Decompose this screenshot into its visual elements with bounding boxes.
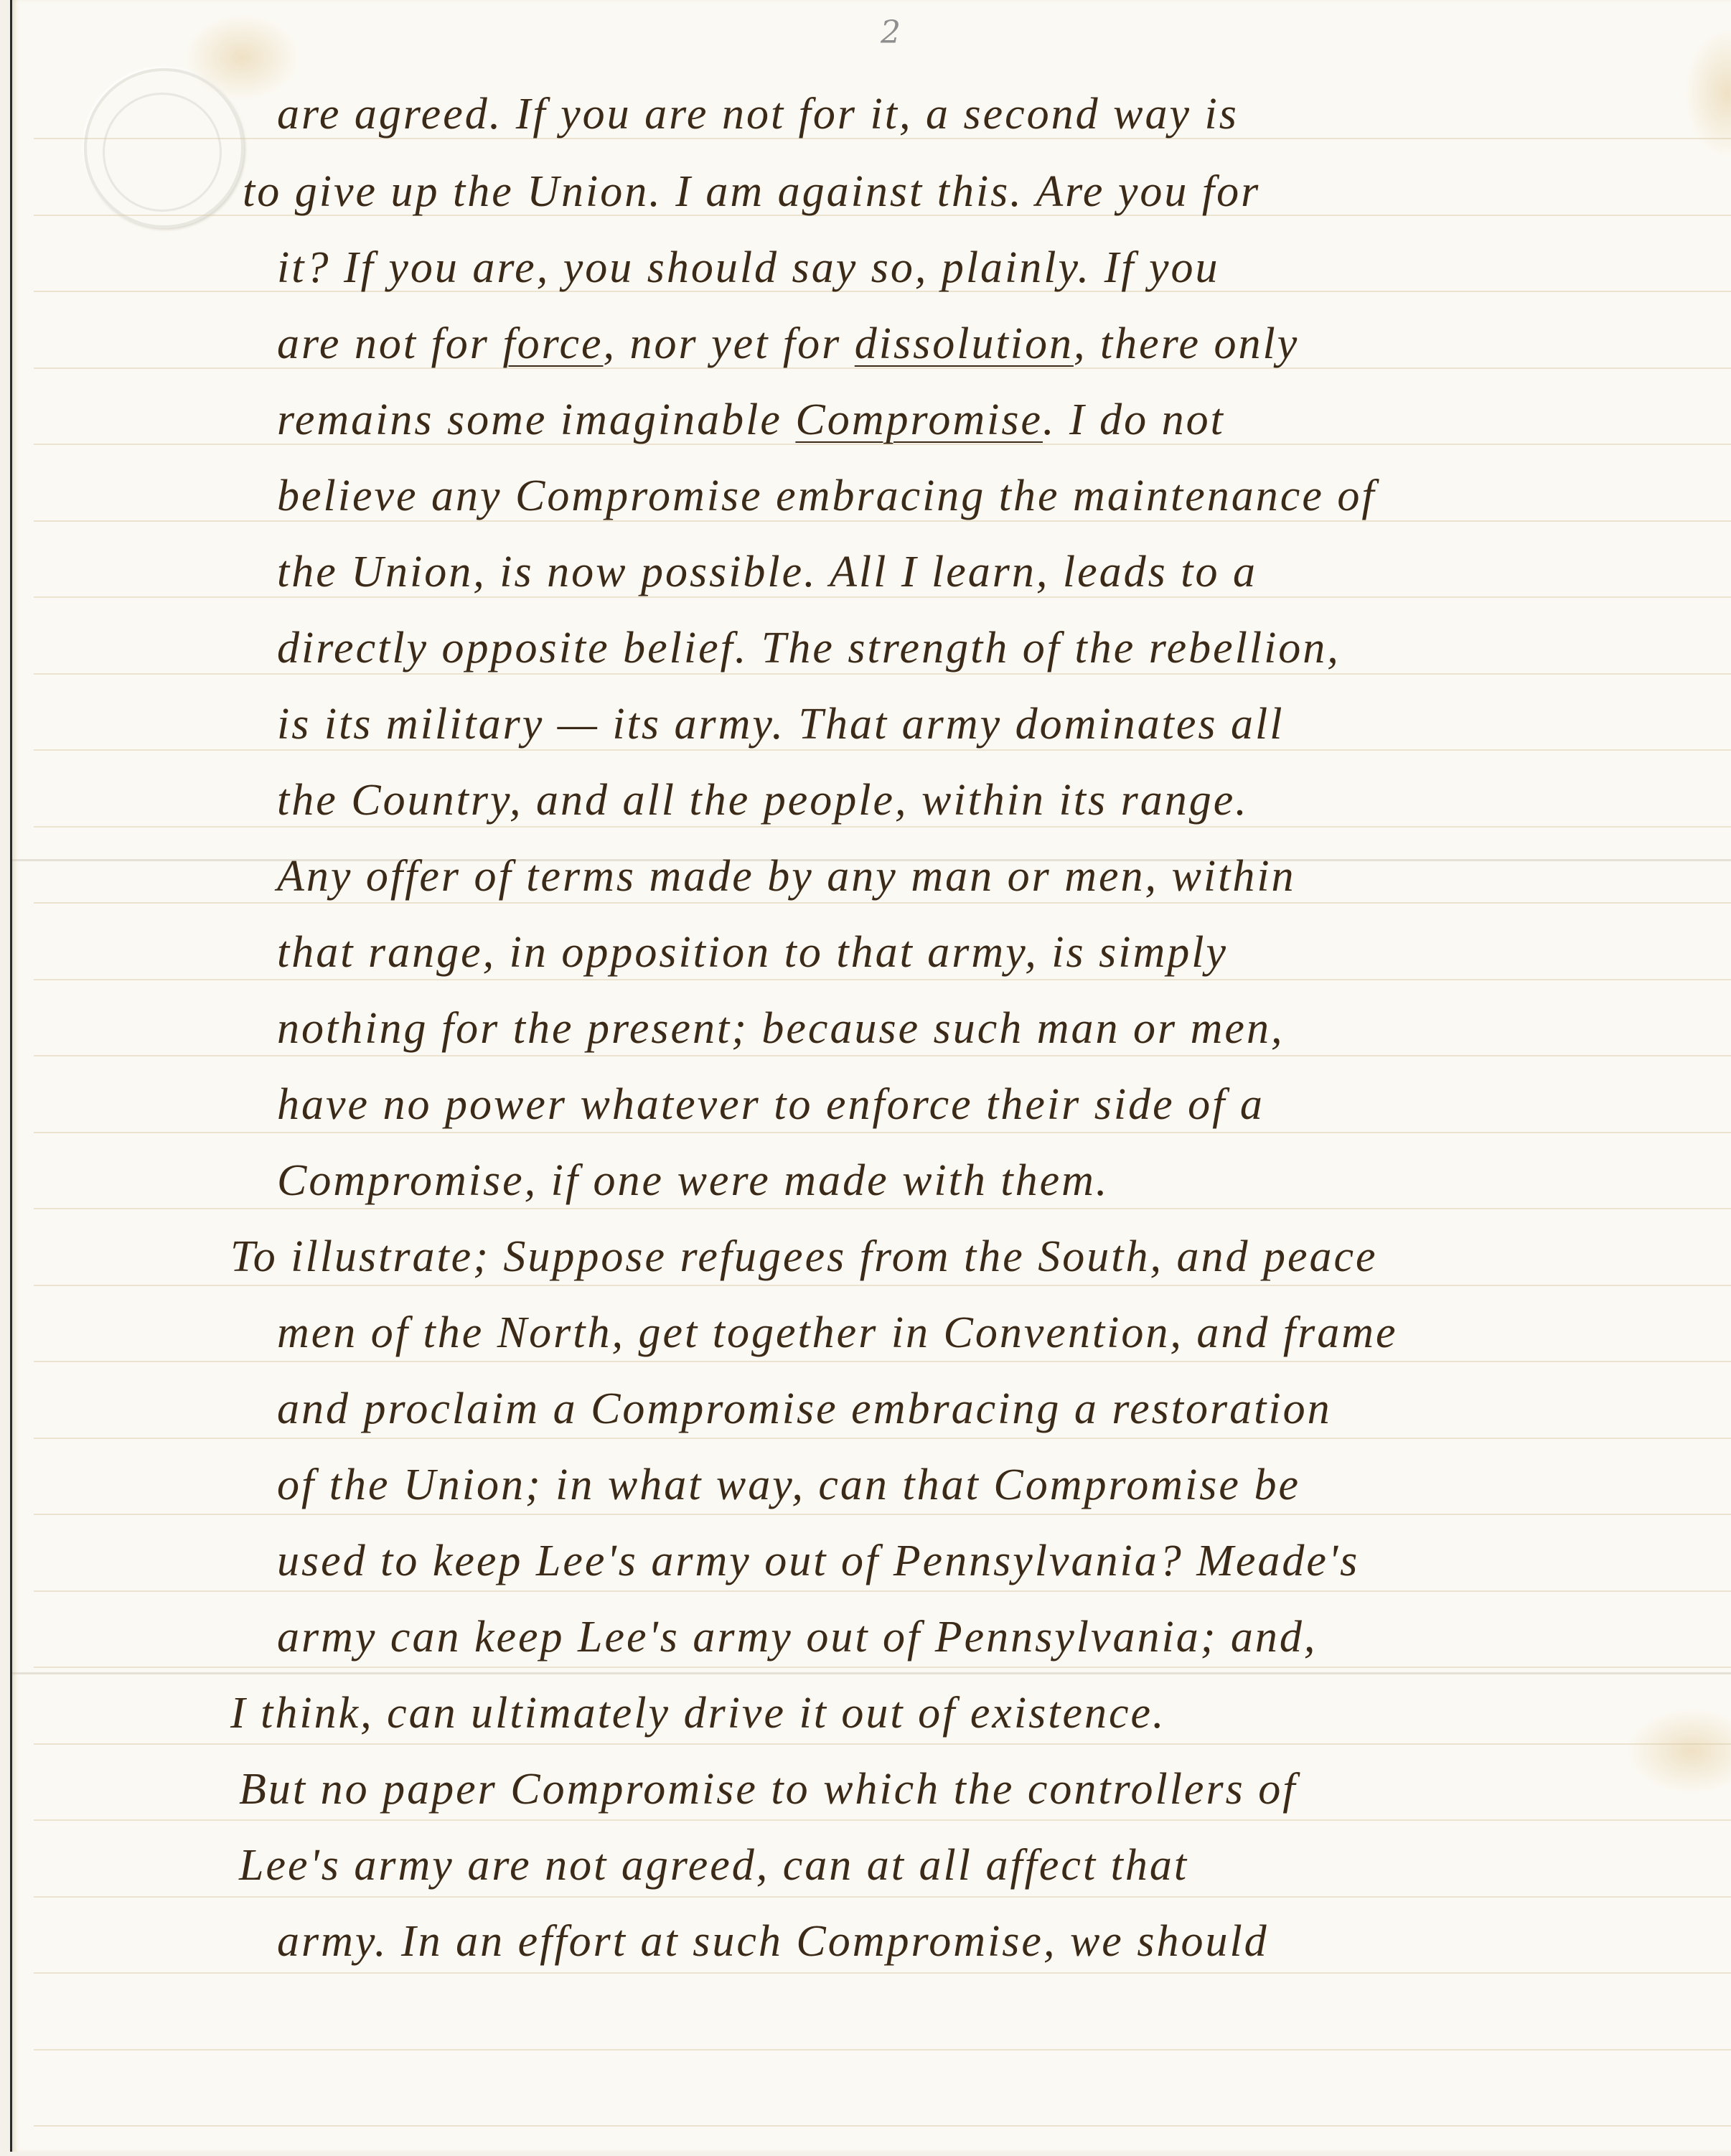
fold-crease <box>12 1672 1731 1674</box>
ruled-line <box>34 1361 1731 1362</box>
text-line: and proclaim a Compromise embracing a re… <box>277 1387 1332 1431</box>
text-span: it? If you are, you should say so, plain… <box>277 243 1220 292</box>
ruled-line <box>34 1438 1731 1439</box>
text-span: army. In an effort at such Compromise, w… <box>277 1917 1269 1966</box>
text-span: to give up the Union. I am against this.… <box>243 167 1260 216</box>
text-span: remains some imaginable <box>277 395 795 444</box>
text-line: used to keep Lee's army out of Pennsylva… <box>277 1539 1359 1583</box>
text-span: is its military — its army. That army do… <box>277 700 1284 749</box>
text-span: used to keep Lee's army out of Pennsylva… <box>277 1537 1359 1585</box>
text-span: of the Union; in what way, can that Comp… <box>277 1461 1300 1509</box>
text-span: nothing for the present; because such ma… <box>277 1004 1284 1053</box>
ruled-line <box>34 596 1731 598</box>
letter-page: 2 are agreed. If you are not for it, a s… <box>10 0 1731 2152</box>
text-line: the Country, and all the people, within … <box>277 778 1249 822</box>
ruled-line <box>34 749 1731 751</box>
text-line: Compromise, if one were made with them. <box>277 1158 1109 1203</box>
text-span: men of the North, get together in Conven… <box>277 1308 1398 1357</box>
ruled-line <box>34 2049 1731 2050</box>
ruled-line <box>34 1667 1731 1668</box>
text-line: army. In an effort at such Compromise, w… <box>277 1919 1269 1964</box>
ruled-line <box>34 520 1731 522</box>
text-span: believe any Compromise embracing the mai… <box>277 472 1376 520</box>
text-line: that range, in opposition to that army, … <box>277 930 1228 975</box>
text-span: Lee's army are not agreed, can at all af… <box>239 1841 1188 1890</box>
text-line: army can keep Lee's army out of Pennsylv… <box>277 1615 1317 1659</box>
text-span: and proclaim a Compromise embracing a re… <box>277 1384 1332 1433</box>
ruled-line <box>34 902 1731 904</box>
text-span: Compromise, if one were made with them. <box>277 1156 1109 1205</box>
underlined-word: dissolution <box>855 319 1074 368</box>
text-line: are not for force, nor yet for dissoluti… <box>277 322 1299 366</box>
ruled-line <box>34 2125 1731 2127</box>
text-span: directly opposite belief. The strength o… <box>277 624 1341 672</box>
text-span: the Country, and all the people, within … <box>277 776 1249 825</box>
text-span: have no power whatever to enforce their … <box>277 1080 1265 1129</box>
text-line: I think, can ultimately drive it out of … <box>230 1691 1166 1735</box>
ruled-line <box>34 979 1731 980</box>
text-line: directly opposite belief. The strength o… <box>277 626 1341 670</box>
text-line: Any offer of terms made by any man or me… <box>277 854 1296 899</box>
text-line: men of the North, get together in Conven… <box>277 1311 1398 1355</box>
ruled-line <box>34 1896 1731 1898</box>
text-span: , there only <box>1074 319 1299 368</box>
text-span: . I do not <box>1043 395 1225 444</box>
text-span: the Union, is now possible. All I learn,… <box>277 548 1257 596</box>
text-span: To illustrate; Suppose refugees from the… <box>230 1232 1378 1281</box>
embossed-seal-icon <box>84 68 244 228</box>
text-line: of the Union; in what way, can that Comp… <box>277 1463 1300 1507</box>
underlined-word: force <box>502 319 603 368</box>
text-span: , nor yet for <box>604 319 855 368</box>
text-line: But no paper Compromise to which the con… <box>239 1767 1297 1811</box>
page-number: 2 <box>881 14 901 51</box>
ruled-line <box>34 1590 1731 1592</box>
ruled-line <box>34 1132 1731 1133</box>
text-line: it? If you are, you should say so, plain… <box>277 245 1220 290</box>
text-span: But no paper Compromise to which the con… <box>239 1765 1297 1814</box>
ruled-line <box>34 1055 1731 1056</box>
text-line: believe any Compromise embracing the mai… <box>277 474 1376 518</box>
text-line: the Union, is now possible. All I learn,… <box>277 550 1257 594</box>
text-line: have no power whatever to enforce their … <box>277 1082 1265 1127</box>
text-line: to give up the Union. I am against this.… <box>243 169 1260 214</box>
ruled-line <box>34 1208 1731 1209</box>
text-span: Any offer of terms made by any man or me… <box>277 852 1296 901</box>
text-line: remains some imaginable Compromise. I do… <box>277 398 1225 442</box>
text-line: Lee's army are not agreed, can at all af… <box>239 1843 1188 1888</box>
ruled-line <box>34 1819 1731 1821</box>
text-span: that range, in opposition to that army, … <box>277 928 1228 977</box>
text-line: To illustrate; Suppose refugees from the… <box>230 1234 1378 1279</box>
text-span: army can keep Lee's army out of Pennsylv… <box>277 1613 1317 1661</box>
ruled-line <box>34 673 1731 675</box>
text-line: nothing for the present; because such ma… <box>277 1006 1284 1051</box>
ruled-line <box>34 1285 1731 1286</box>
text-line: is its military — its army. That army do… <box>277 702 1284 746</box>
ruled-line <box>34 1972 1731 1974</box>
ruled-line <box>34 1514 1731 1515</box>
text-span: I think, can ultimately drive it out of … <box>230 1689 1166 1738</box>
paper-stain <box>1627 1708 1731 1794</box>
ruled-line <box>34 1743 1731 1745</box>
ruled-line <box>34 826 1731 828</box>
underlined-word: Compromise <box>795 395 1043 444</box>
text-span: are not for <box>277 319 502 368</box>
text-span: are agreed. If you are not for it, a sec… <box>277 90 1239 139</box>
text-line: are agreed. If you are not for it, a sec… <box>277 92 1239 136</box>
